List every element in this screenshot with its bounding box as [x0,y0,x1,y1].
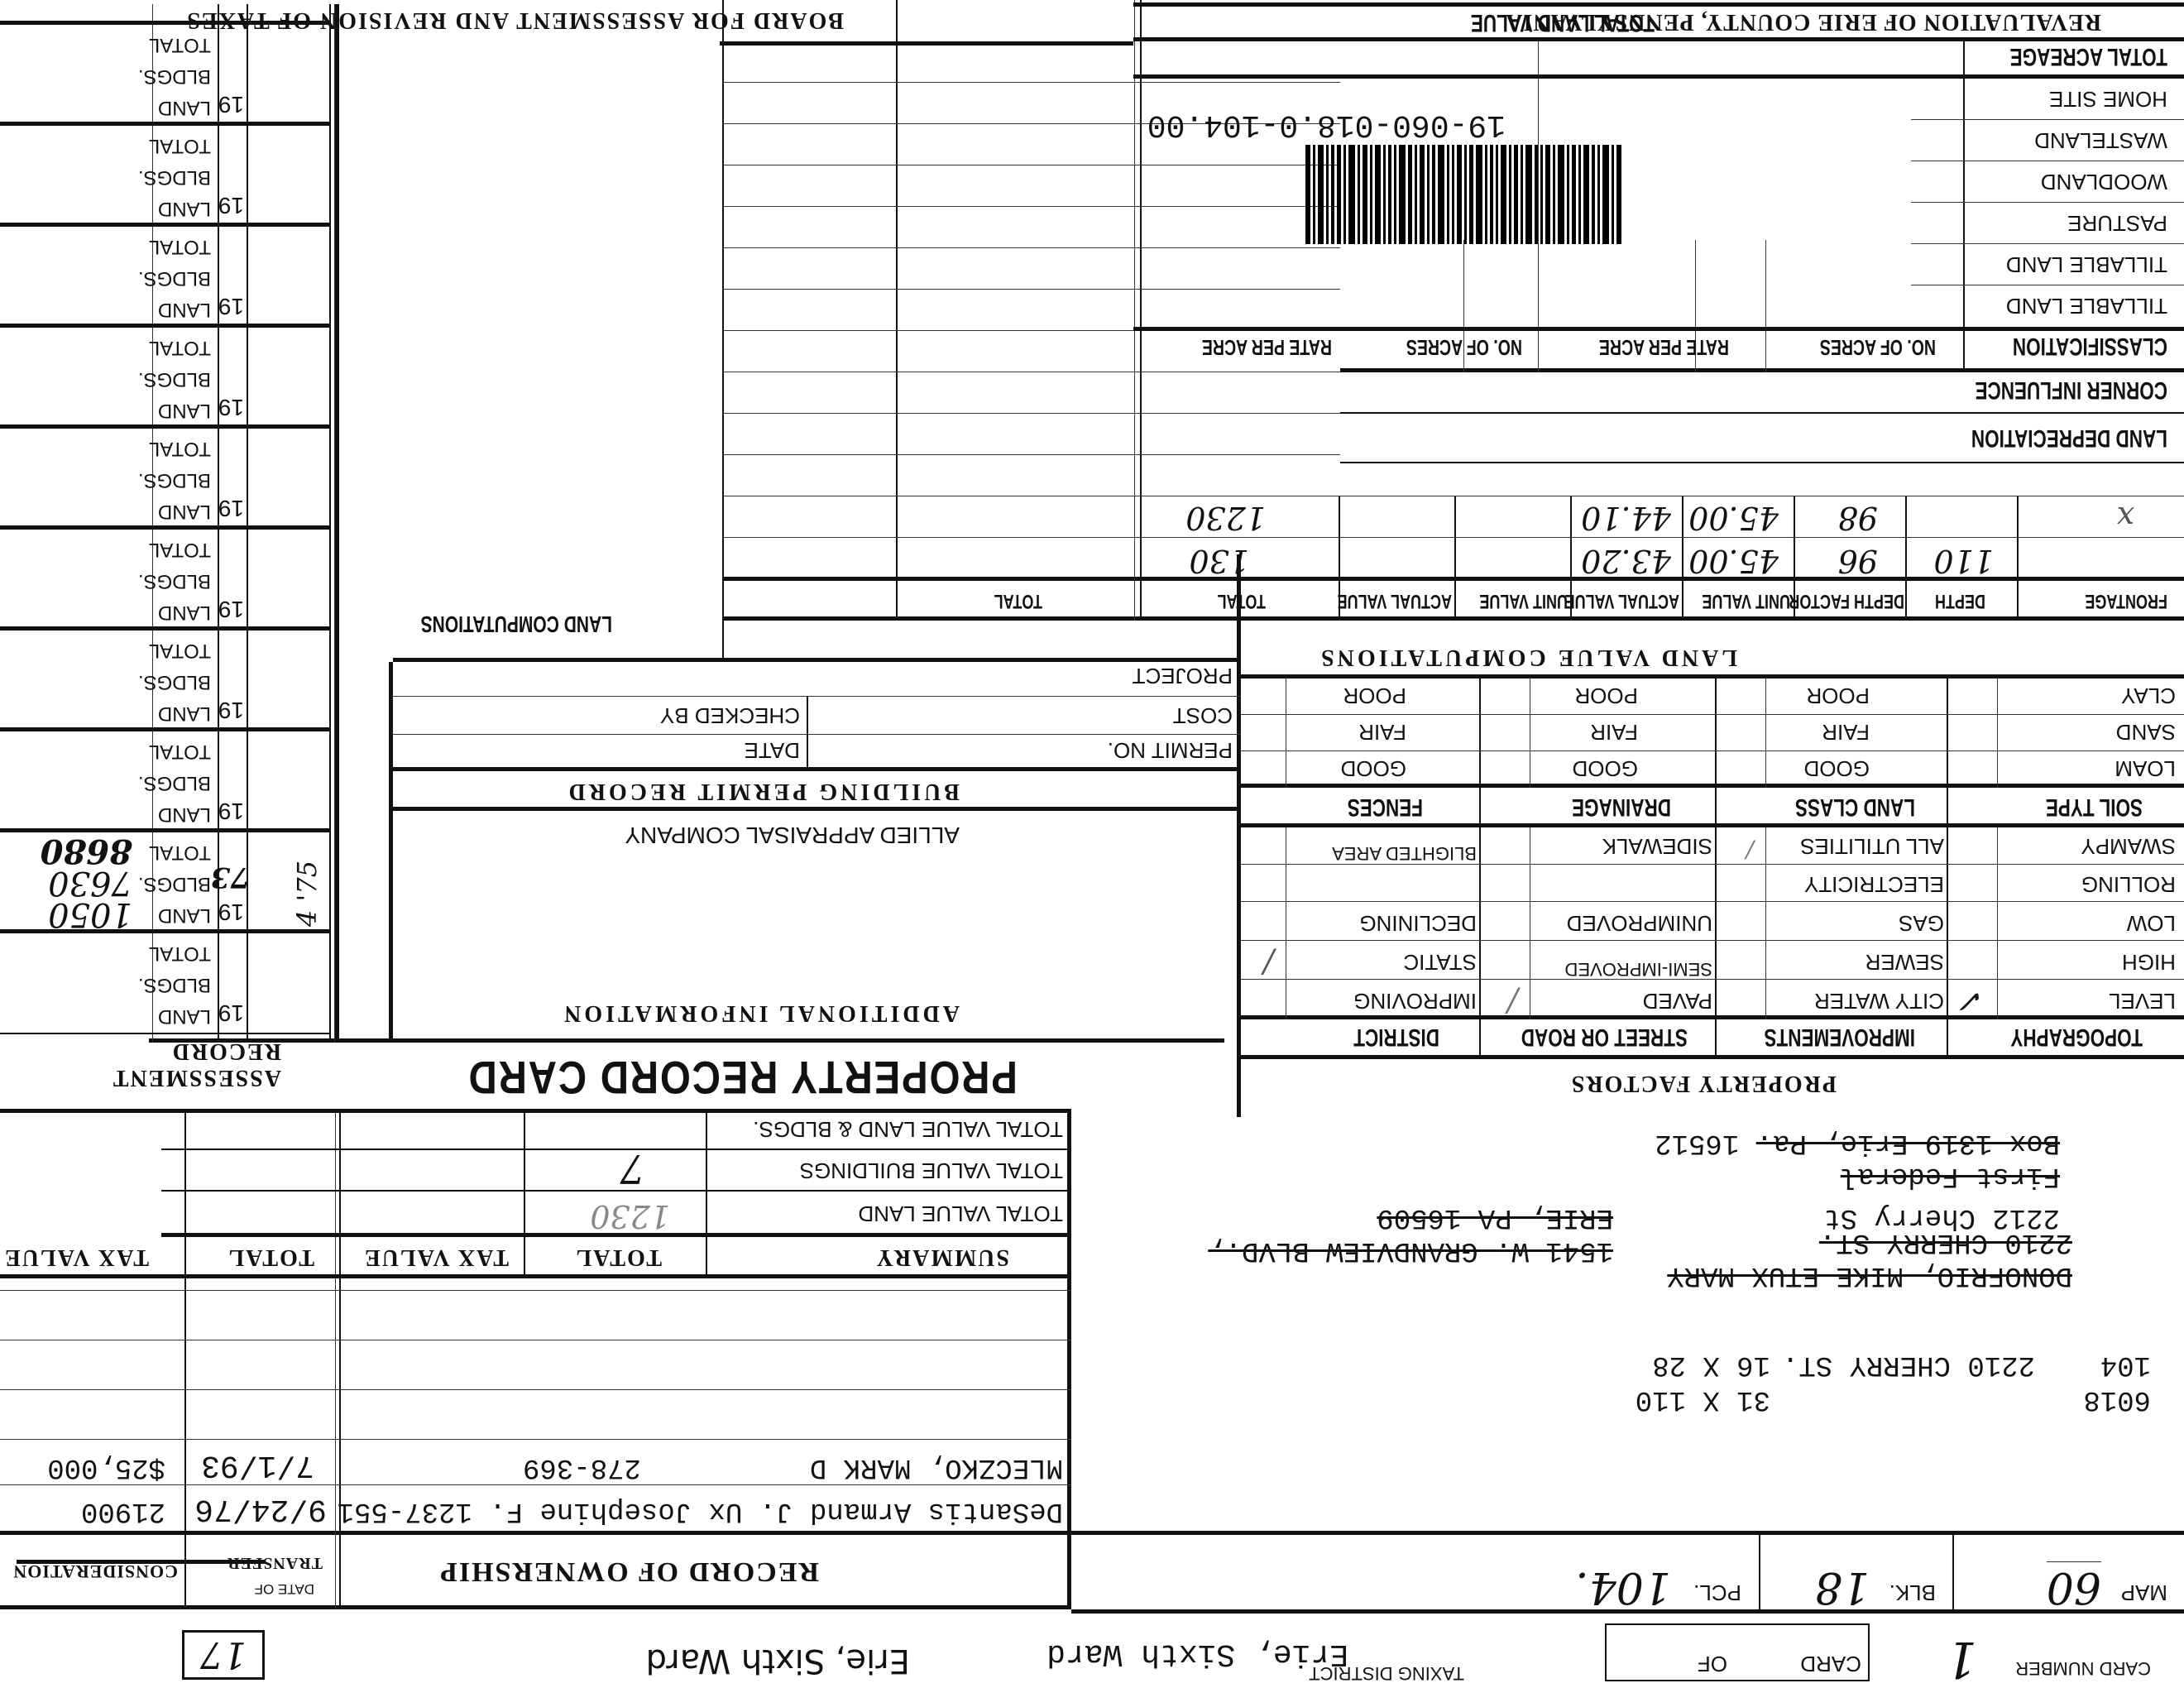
pf-blighted-area: BLIGHTED AREA [1311,844,1477,862]
map-label: MAP [2121,1580,2167,1605]
owner-row-2-consideration: $25,000 [47,1451,165,1483]
divider [0,1439,1071,1440]
summary-land-total[interactable]: 1230 [590,1198,670,1235]
divider [0,1340,1071,1340]
pf-level-check[interactable]: ✓ [1959,983,1985,1019]
property-record-card: CARD NUMBER 1 CARD OF TAXING DISTRICT Er… [0,0,2184,1688]
assess-land-label: LAND [158,298,211,321]
divider [1479,679,1481,827]
divider [393,696,1241,697]
divider [724,372,1340,372]
assess-bldgs-label: BLDGS. [138,468,211,492]
acreage-row-woodland: WOODLAND [2041,169,2167,194]
owner-row-2-date: 7/1/93 [201,1447,314,1483]
rate-per-acre-label-2: RATE PER ACRE [1202,334,1332,360]
transfer-label: TRANSFER [227,1553,323,1572]
fence-fair: FAIR [1358,719,1406,745]
pf-header-topography: TOPOGRAPHY [2010,1023,2143,1051]
bank-address: Box 1319 Erie, Pa. 16512 [1655,1127,2060,1158]
assess-land-label: LAND [158,197,211,220]
lv-row1-depth[interactable]: 110 [1933,543,1994,579]
pf-level: LEVEL [2109,988,2176,1014]
fence-good: GOOD [1341,755,1406,781]
divider [2017,496,2019,621]
divider [1237,554,1241,1117]
divider [149,1038,1224,1043]
permit-cost-label: COST [1173,703,1233,728]
summary-col-tax-value-2: TAX VALUE [3,1244,149,1270]
assess-total-label: TOTAL [149,134,211,157]
summary-col-total: TOTAL [575,1244,662,1270]
owner-row-1: DeSantis Armand J. Ux Josephine F. 1237-… [338,1495,1063,1527]
assess-bldgs-label: BLDGS. [138,973,211,996]
no-of-acres-label-2: NO. OF ACRES [1406,334,1522,360]
property-address: 2210 CHERRY ST. [1782,1349,2035,1380]
class-fair: FAIR [1822,719,1870,745]
divider [1765,827,1766,1019]
divider [1241,979,2184,980]
divider [1911,161,2184,161]
divider [0,1531,1071,1535]
card-title: PROPERTY RECORD CARD [467,1051,1018,1105]
card-number-value[interactable]: 1 [1946,1630,1977,1688]
pf-static-check[interactable]: / [1263,944,1274,981]
assess-total-value[interactable]: 8680 [41,832,132,870]
divider [724,165,1340,165]
acreage-row-tillable-2: TILLABLE LAND [2006,252,2167,277]
permit-no-label: PERMIT NO. [1108,737,1233,763]
pf-header-street: STREET OR ROAD [1521,1023,1688,1051]
current-address: 2212 Cherry St [1823,1201,2060,1233]
divider [1067,1113,1071,1609]
pf-swampy: SWAMPY [2081,833,2176,859]
divider [339,1113,341,1609]
summary-col-tax-value: TAX VALUE [363,1244,509,1270]
lv-header-total-2: TOTAL [994,589,1042,612]
divider [1241,750,2184,751]
divider [1911,243,2184,244]
divider [1286,827,1286,1019]
assess-total-label: TOTAL [149,437,211,460]
assess-bldgs-label: BLDGS. [138,165,211,189]
assess-year-prefix: 19 [218,394,244,420]
pf-low: LOW [2127,910,2176,936]
assess-total-label: TOTAL [149,538,211,561]
land-computations-title: LAND COMPUTATIONS [421,611,612,637]
pf-rolling: ROLLING [2081,871,2176,897]
divider [1241,901,2184,902]
divider [1952,1535,1954,1614]
assess-year-prefix: 19 [218,899,244,925]
lv-row1-unit[interactable]: 45.00 [1688,543,1779,579]
struck-box: Box 1319 Erie, Pa. [1756,1127,2060,1158]
assess-total-label: TOTAL [149,841,211,864]
divider [0,324,331,328]
drain-good: GOOD [1573,755,1638,781]
divider [724,206,1340,207]
assess-bldgs-label: BLDGS. [138,65,211,88]
divider [1241,940,2184,941]
divider [0,122,331,126]
pf-paved: PAVED [1643,988,1712,1014]
divider [329,4,331,1043]
assess-total-label: TOTAL [149,235,211,258]
classification-label: CLASSIFICATION [2013,332,2167,360]
divider [1530,679,1530,788]
lv-row1-actual[interactable]: 43.20 [1581,543,1671,579]
owner-row-1-date: 9/24/76 [194,1491,327,1527]
assess-total-label: TOTAL [149,336,211,359]
taxing-district-typed: Erie, Sixth Ward [1046,1636,1348,1671]
divider [0,727,331,731]
class-good: GOOD [1804,755,1870,781]
divider [1286,679,1286,788]
assess-year-prefix: 19 [218,192,244,218]
divider [1133,37,2184,41]
divider [389,662,393,1043]
divider [334,4,335,1043]
assess-land-label: LAND [158,702,211,725]
divider [1133,2,2184,7]
divider [1140,0,1142,621]
building-dimension: 16 X 28 [1652,1349,1770,1380]
land-depreciation-label: LAND DEPRECIATION [1971,424,2167,452]
divider [1241,1015,2184,1019]
assess-year-prefix: 19 [218,697,244,723]
assess-year-73[interactable]: 73 [211,861,250,894]
lv-header-depth: DEPTH [1935,589,1985,612]
acreage-row-wasteland: WASTELAND [2034,127,2167,153]
divider [722,0,724,662]
divider [1340,368,2184,372]
pf-header-improvements: IMPROVEMENTS [1764,1023,1915,1051]
pf-paved-check[interactable]: / [1507,983,1518,1019]
pf-semi-improved: SEMI-IMPROVED [1547,960,1712,978]
divider [1947,827,1948,1059]
assess-land-label: LAND [158,601,211,624]
ownership-title: RECORD OF OWNERSHIP [438,1556,819,1587]
barcode-number: 19-060-018.0-104.00 [1147,107,1506,142]
divider [0,1109,1071,1113]
pcl-label: PCL. [1693,1580,1741,1605]
divider [0,1605,1071,1609]
divider [0,828,331,832]
lv-header-actual-value: ACTUAL VALUE [1565,589,1679,612]
divider [1715,679,1717,827]
divider [161,1190,1071,1192]
divider [1947,679,1948,827]
pf-high: HIGH [2122,949,2176,975]
corner-influence-label: CORNER INFLUENCE [1975,376,2167,404]
pf2-header-drainage: DRAINAGE [1572,793,1671,821]
divider [1530,827,1530,1019]
drain-fair: FAIR [1590,719,1638,745]
assess-land-label: LAND [158,96,211,119]
assess-land-label: LAND [158,904,211,927]
divider [161,1149,1071,1150]
divider [1340,462,2184,463]
land-value-title: LAND VALUE COMPUTATIONS [1318,644,1737,670]
divider [724,454,1340,455]
divider [1905,496,1907,621]
struck-mailing-2: ERIE, PA 16509 [1377,1201,1613,1233]
ward-code: 6018 [2083,1383,2151,1415]
owner-row-2: MLECZKO, MARK D 278-369 [523,1451,1063,1483]
acreage-row-total: TOTAL ACREAGE [2010,42,2167,70]
divider [393,658,1241,662]
property-factors-title: PROPERTY FACTORS [1570,1070,1837,1096]
pf-sidewalk: SIDEWALK [1602,833,1712,859]
divider [1759,1535,1760,1614]
pf2-header-land-class: LAND CLASS [1795,793,1915,821]
divider [1241,864,2184,865]
assessment-record-title: ASSESSMENT RECORD [0,1038,281,1091]
owner-row-1-consideration: 21900 [81,1495,165,1527]
divider [724,537,2184,538]
revaluation-title: REVALUATION OF ERIE COUNTY, PENNSYLVANIA [1505,8,2101,35]
assess-total-label: TOTAL [149,942,211,965]
assess-bldgs-label: BLDGS. [138,771,211,794]
divider [1241,823,2184,827]
permit-checked-by-label: CHECKED BY [660,703,800,728]
pf-unimproved: UNIMPROVED [1567,910,1712,936]
divider [335,4,339,1043]
card-number-label: CARD NUMBER [2060,1658,2151,1678]
summary-title: SUMMARY [875,1244,1009,1270]
lv-row1-factor[interactable]: 96 [1838,543,1878,579]
assess-year-prefix: 19 [218,1000,244,1026]
summary-row-land: TOTAL VALUE LAND [858,1201,1063,1226]
class-poor: POOR [1806,683,1870,708]
lv-row2-actual[interactable]: 44.10 [1581,500,1671,536]
assess-land-label: LAND [158,500,211,523]
divider [335,1113,336,1609]
lv-header-total: TOTAL [1218,589,1266,612]
pf-all-utilities-check[interactable]: / [1746,837,1754,864]
blk-label: BLK. [1889,1580,1936,1605]
divider [724,413,1340,414]
struck-bank: First Federal [1841,1160,2060,1192]
acreage-row-pasture: PASTURE [2067,210,2167,236]
permit-project-label: PROJECT [1133,663,1233,688]
date-of-label: DATE OF [255,1580,314,1597]
assess-stamp: 4 '75 [291,861,323,927]
lv-header-unit-value-2: UNIT VALUE [1479,589,1568,612]
assess-total-label: TOTAL [149,639,211,662]
lv-header-depth-factor: DEPTH FACTOR [1789,589,1904,612]
divider [1134,0,1135,621]
summary-col-total-2: TOTAL [227,1244,314,1270]
no-of-acres-label: NO. OF ACRES [1820,334,1936,360]
divider [0,626,331,631]
divider [1241,714,2184,715]
divider [0,1033,331,1034]
zip: 16512 [1655,1127,1739,1158]
pf2-header-soil: SOIL TYPE [2046,793,2143,821]
pf-improving: IMPROVING [1353,988,1477,1014]
divider [1479,827,1481,1059]
divider [1071,1531,2184,1535]
divider [0,1290,1071,1291]
lv-row2-unit[interactable]: 45.00 [1688,500,1779,536]
pf-all-utilities: ALL UTILITIES [1800,833,1944,859]
assess-bldgs-label: BLDGS. [138,872,211,895]
board-title: BOARD FOR ASSESSMENT AND REVISION OF TAX… [185,7,844,33]
divider [393,807,1241,811]
summary-buildings-total[interactable]: 7 [620,1145,645,1192]
assess-land-label: LAND [158,1005,211,1028]
divider [1997,827,1998,1019]
assess-land-label: LAND [158,399,211,422]
assess-bldgs-label: BLDGS. [138,569,211,592]
divider [0,525,331,530]
soil-sand: SAND [2116,719,2176,745]
divider [1963,41,1965,372]
assess-bldgs-label: BLDGS. [138,367,211,391]
divider [720,41,1133,46]
assess-year-prefix: 19 [218,798,244,824]
acreage-row-tillable-1: TILLABLE LAND [2006,293,2167,319]
card-label: CARD [1800,1651,1861,1676]
divider [184,1113,186,1609]
assess-bldgs-label: BLDGS. [138,266,211,290]
assess-year-prefix: 19 [218,293,244,319]
assess-land-label: LAND [158,803,211,826]
soil-loam: LOAM [2115,755,2176,781]
divider [1241,674,2184,679]
divider [724,496,2184,496]
divider [1454,496,1456,621]
divider [896,0,898,621]
lv-header-frontage: FRONTAGE [2085,589,2167,612]
pf-static: STATIC [1403,949,1477,975]
divider [1911,285,2184,285]
blk-value[interactable]: 18 [1815,1562,1870,1612]
divider [1715,827,1717,1059]
lot-dimension: 31 X 110 [1636,1383,1770,1415]
rate-per-acre-label: RATE PER ACRE [1599,334,1729,360]
lv-row2-total[interactable]: 1230 [1185,500,1266,536]
divider [1911,202,2184,203]
divider [1241,1055,2184,1059]
pf-declining: DECLINING [1359,910,1477,936]
divider [393,767,1241,771]
divider [393,734,1241,735]
lv-row2-factor[interactable]: 98 [1838,500,1878,536]
additional-info-title: ADDITIONAL INFORMATION [561,1000,960,1026]
parcel-number: 104 [2100,1349,2151,1380]
allied-appraisal: ALLIED APPRAISAL COMPANY [625,822,960,848]
pf-city-water: CITY WATER [1814,988,1944,1014]
divider [1765,679,1766,788]
assess-total-label: TOTAL [149,740,211,763]
summary-row-land-bldgs: TOTAL VALUE LAND & BLDGS. [753,1116,1063,1142]
taxing-district-label: TAXING DISTRICT [1357,1663,1464,1683]
divider [0,1484,1071,1485]
divider [524,1113,525,1278]
divider [0,1389,1071,1390]
pf-sewer: SEWER [1865,949,1944,975]
struck-mailing-1: 1541 W. GRANDVIEW BLVD., [1208,1235,1613,1266]
divider [724,82,1340,83]
assess-year-prefix: 19 [218,91,244,117]
divider [0,1274,1071,1278]
divider [1682,496,1683,621]
drain-poor: POOR [1574,683,1638,708]
assess-year-prefix: 19 [218,495,244,521]
assess-total-label: TOTAL [149,33,211,56]
pcl-value[interactable]: 104. [1575,1562,1671,1612]
fence-poor: POOR [1343,683,1406,708]
assess-bldgs-label: BLDGS. [138,670,211,693]
divider [1133,327,2184,331]
divider [1911,119,2184,120]
lv-row2-frontage[interactable]: x [2117,500,2134,536]
lv-header-unit-value: UNIT VALUE [1702,589,1790,612]
district-number-box: 17 [182,1630,265,1680]
acreage-row-home-site: HOME SITE [2049,86,2167,112]
pf-header-district: DISTRICT [1353,1023,1439,1051]
divider [1340,412,2184,414]
summary-row-buildings: TOTAL VALUE BUILDINGS [800,1158,1063,1183]
divider [0,223,331,227]
divider [1241,784,2184,788]
divider [0,424,331,429]
consideration-label: CONSIDERATION [12,1561,178,1582]
previous-owner: DONOFRIO, MIKE ETUX MARY [1667,1259,2072,1291]
assess-year-prefix: 19 [218,596,244,622]
permit-date-label: DATE [745,737,800,763]
divider [724,247,1340,248]
map-value[interactable]: 60 [2047,1561,2101,1612]
pf-electricity: ELECTRICITY [1804,871,1944,897]
divider [1133,74,2184,79]
pf2-header-fences: FENCES [1348,793,1423,821]
of-label: OF [1698,1651,1727,1676]
lv-row1-total[interactable]: 130 [1189,543,1249,579]
divider [1765,240,1766,372]
pf-gas: GAS [1899,910,1944,936]
building-permit-title: BUILDING PERMIT RECORD [566,778,960,804]
parcel-barcode [1303,145,1621,244]
card-of-box[interactable]: CARD OF [1605,1623,1870,1681]
taxing-district-label-stamp: Erie, Sixth Ward [646,1642,910,1680]
lv-header-actual-value-2: ACTUAL VALUE [1338,589,1452,612]
divider [706,1113,707,1278]
divider [1997,679,1998,788]
soil-clay: CLAY [2121,683,2176,708]
divider [724,289,1340,290]
